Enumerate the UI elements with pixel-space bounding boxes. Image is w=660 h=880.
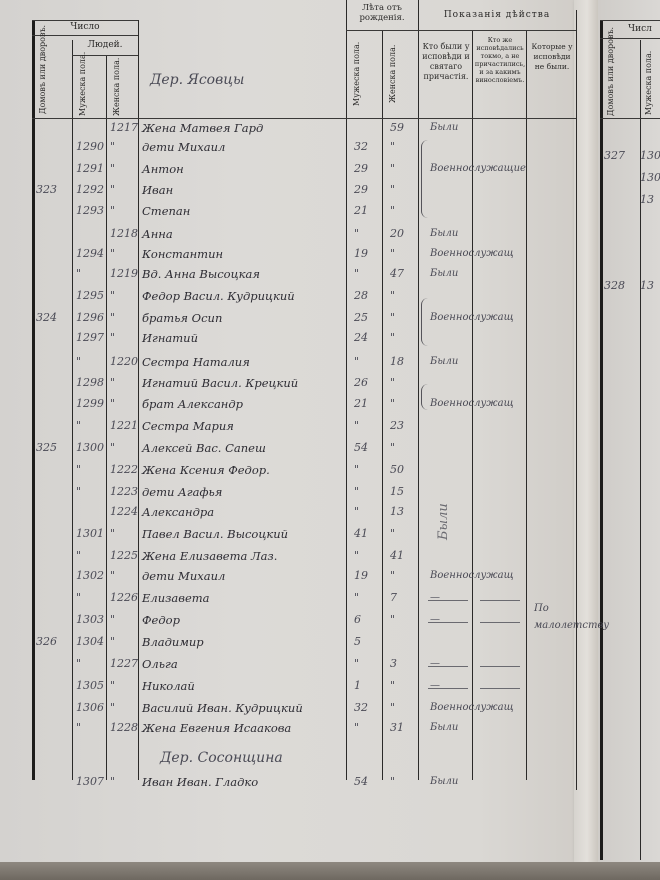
male-number: 1302 [76,570,104,582]
male-number: " [76,268,81,280]
female-number: " [110,398,115,410]
age-male: 21 [354,398,368,410]
female-number: 1224 [110,506,138,518]
facing-header-rule [600,118,660,119]
header-number-group: Число [32,22,138,32]
female-number: " [110,614,115,626]
female-number: 1218 [110,228,138,240]
confession-note: Военнослужащие [430,163,526,175]
age-female: 31 [390,722,404,734]
confession-note: Были [430,356,458,368]
header-age-group: Лѣта отъ рожденія. [346,3,418,23]
header-rule [32,35,138,36]
female-number: " [110,290,115,302]
header-male: Мужеска пола. [78,58,100,116]
age-female: 15 [390,486,404,498]
confession-note: — [430,614,440,626]
age-male: " [354,550,359,562]
person-name: Анна [142,228,173,240]
confession-note: — [430,680,440,692]
age-female: " [390,184,395,196]
age-female: " [390,702,395,714]
female-number: 1217 [110,122,138,134]
col-divider [526,30,527,780]
male-number: 1293 [76,205,104,217]
age-female: " [390,377,395,389]
header-age-male: Мужеска пола. [352,34,376,114]
person-name: Иван [142,184,173,196]
age-female: 59 [390,122,404,134]
col-divider [346,0,347,780]
female-number: " [110,702,115,714]
person-name: Елизавета [142,592,210,604]
male-number: 1296 [76,312,104,324]
female-number: " [110,570,115,582]
age-female: 7 [390,592,397,604]
household-number: 325 [36,442,57,454]
age-female: " [390,442,395,454]
age-male: " [354,658,359,670]
person-name: Вд. Анна Высоцкая [142,268,260,280]
age-female: 23 [390,420,404,432]
person-name: Сестра Мария [142,420,234,432]
column-stamp: Были [436,430,451,540]
person-name: Сестра Наталия [142,356,250,368]
header-age-female: Женска пола. [388,34,412,114]
age-female: " [390,570,395,582]
facing-page [598,0,660,862]
male-number: " [76,592,81,604]
section-title: Дер. Ясовцы [150,74,244,86]
facing-number-group: Числ [620,24,660,34]
confession-note: Военнослужащ [430,312,514,324]
female-number: 1219 [110,268,138,280]
col-divider [106,55,107,780]
female-number: 1223 [110,486,138,498]
female-number: 1226 [110,592,138,604]
female-number: 1227 [110,658,138,670]
age-male: 1 [354,680,361,692]
female-number: 1221 [110,420,138,432]
confession-note: Военнослужащ [430,570,514,582]
person-name: Ольга [142,658,178,670]
age-male: " [354,420,359,432]
group-bracket [421,298,428,346]
page-fold [574,0,600,862]
facing-household-number: 328 [604,280,625,292]
age-female: " [390,248,395,260]
female-number: " [110,332,115,344]
header-not-confessed: Которые у исповѣди не были. [528,42,576,72]
age-male: 41 [354,528,368,540]
age-female: " [390,776,395,788]
age-female: " [390,290,395,302]
male-number: 1298 [76,377,104,389]
female-number: 1228 [110,722,138,734]
age-male: " [354,486,359,498]
person-name: Павел Васил. Высоцкий [142,528,288,540]
header-rule [346,30,418,31]
col-divider [418,0,419,780]
female-number: 1220 [110,356,138,368]
age-female: " [390,332,395,344]
person-name: Иван Иван. Гладко [142,776,258,788]
facing-male-number: 13 [640,280,654,292]
person-name: Николай [142,680,195,692]
age-male: 32 [354,141,368,153]
person-name: дети Михаил [142,141,225,153]
age-female: 20 [390,228,404,240]
age-female: 41 [390,550,404,562]
age-female: " [390,141,395,153]
person-name: дети Агафья [142,486,222,498]
male-number: 1307 [76,776,104,788]
male-number: " [76,658,81,670]
household-number: 324 [36,312,57,324]
male-number: " [76,464,81,476]
age-male: " [354,506,359,518]
group-bracket [421,140,428,218]
age-female: 3 [390,658,397,670]
confession-note: Военнослужащ [430,398,514,410]
confession-note: — [430,592,440,604]
age-female: " [390,680,395,692]
age-male: 21 [354,205,368,217]
section-title: Дер. Сосонщина [160,752,283,764]
female-number: " [110,205,115,217]
person-name: брат Александр [142,398,243,410]
person-name: Антон [142,163,184,175]
age-male: 26 [354,377,368,389]
male-number: 1294 [76,248,104,260]
male-number: 1292 [76,184,104,196]
male-number: 1303 [76,614,104,626]
male-number: 1297 [76,332,104,344]
age-male: 54 [354,442,368,454]
confession-note: — [430,658,440,670]
female-number: " [110,248,115,260]
age-male: 29 [354,184,368,196]
male-number: " [76,420,81,432]
header-bottom-rule [32,118,576,119]
person-name: братья Осип [142,312,222,324]
male-number: 1290 [76,141,104,153]
age-male: 29 [354,163,368,175]
confession-note: Военнослужащ [430,702,514,714]
person-name: Жена Евгения Исаакова [142,722,291,734]
age-male: " [354,356,359,368]
header-people: Людей. [72,40,138,50]
male-number: 1299 [76,398,104,410]
facing-household-number: 327 [604,150,625,162]
age-male: 54 [354,776,368,788]
header-rule [32,20,138,21]
female-number: " [110,636,115,648]
header-female: Женска пола. [112,58,134,116]
header-confession-group: Показанія дѣйства [418,10,576,20]
header-households: Домовъ или дворовъ. [38,42,66,114]
confession-note: Были [430,722,458,734]
age-male: " [354,722,359,734]
age-female: " [390,398,395,410]
female-number: " [110,141,115,153]
age-male: 5 [354,636,361,648]
household-number: 326 [36,636,57,648]
female-number: " [110,184,115,196]
age-male: " [354,592,359,604]
person-name: Владимир [142,636,204,648]
male-number: 1304 [76,636,104,648]
age-male: " [354,228,359,240]
female-number: 1222 [110,464,138,476]
person-name: Александра [142,506,214,518]
person-name: Федор [142,614,180,626]
confession-note: Были [430,228,458,240]
person-name: Жена Ксения Федор. [142,464,270,476]
facing-male-number: 130 [640,150,660,162]
register-page [0,0,596,862]
male-number: " [76,356,81,368]
female-number: " [110,442,115,454]
facing-male-number: 13 [640,194,654,206]
female-number: " [110,776,115,788]
facing-border [600,20,603,860]
person-name: Игнатий Васил. Крецкий [142,377,298,389]
col-divider [72,40,73,780]
female-number: 1225 [110,550,138,562]
age-male: " [354,268,359,280]
confession-note: Были [430,268,458,280]
age-female: 50 [390,464,404,476]
age-male: 25 [354,312,368,324]
age-female: 18 [390,356,404,368]
male-number: 1300 [76,442,104,454]
facing-male-number: 130 [640,172,660,184]
male-number: 1306 [76,702,104,714]
female-number: " [110,528,115,540]
male-number: 1291 [76,163,104,175]
person-name: Жена Матвея Гард [142,122,263,134]
male-number: 1301 [76,528,104,540]
header-rule [418,30,576,31]
person-name: дети Михаил [142,570,225,582]
age-female: " [390,163,395,175]
confession-note: Военнослужащ [430,248,514,260]
facing-male: Мужеска пола. [644,50,660,116]
facing-col-divider [640,40,641,860]
border-left [32,20,35,780]
male-number: 1305 [76,680,104,692]
female-number: " [110,680,115,692]
male-number: 1295 [76,290,104,302]
age-female: 13 [390,506,404,518]
female-number: " [110,163,115,175]
col-divider [576,10,577,790]
female-number: " [110,377,115,389]
not-confessed-note: По малолетству [534,600,566,634]
header-confessed-only: Кто же исповѣдались токмо, а не причасти… [474,36,526,84]
age-female: 47 [390,268,404,280]
age-male: 6 [354,614,361,626]
person-name: Василий Иван. Кудрицкий [142,702,303,714]
age-male: 19 [354,570,368,582]
age-female: " [390,528,395,540]
male-number: " [76,486,81,498]
facing-households: Домовъ или дворовъ. [606,44,634,116]
person-name: Константин [142,248,223,260]
female-number: " [110,312,115,324]
person-name: Алексей Вас. Сапеш [142,442,266,454]
person-name: Степан [142,205,190,217]
header-confessed: Кто были у исповѣди и святаго причастія. [420,42,472,82]
person-name: Жена Елизавета Лаз. [142,550,277,562]
facing-header-rule [600,20,660,21]
person-name: Федор Васил. Кудрицкий [142,290,295,302]
book-edge [0,862,660,880]
col-divider [138,20,139,780]
household-number: 323 [36,184,57,196]
confession-note: Были [430,122,458,134]
group-bracket [421,384,428,410]
age-male: 28 [354,290,368,302]
person-name: Игнатий [142,332,198,344]
age-female: " [390,312,395,324]
age-male: 24 [354,332,368,344]
age-male: 32 [354,702,368,714]
confession-note: Были [430,776,458,788]
col-divider [382,30,383,780]
male-number: " [76,722,81,734]
age-female: " [390,614,395,626]
age-male: 19 [354,248,368,260]
male-number: " [76,550,81,562]
age-female: " [390,205,395,217]
age-male: " [354,464,359,476]
